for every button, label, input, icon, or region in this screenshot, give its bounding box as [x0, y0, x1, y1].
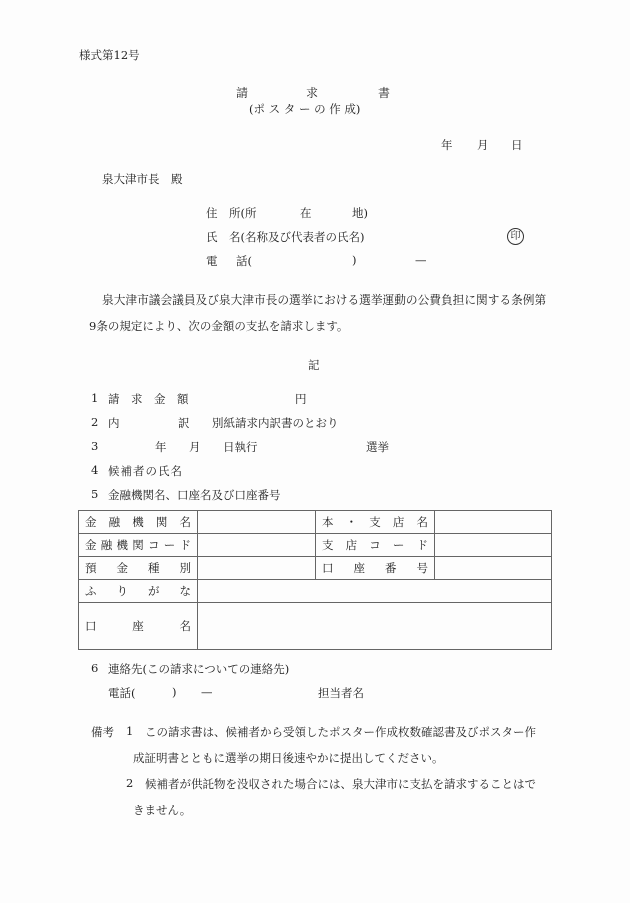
contact-phone-label: 電話( [108, 685, 136, 701]
item-6-label: 連絡先(この請求についての連絡先) [108, 661, 289, 677]
bank-name-label: 金融機関名 [79, 511, 198, 534]
note-1-num: 1 [126, 724, 133, 738]
branch-name-label: 本・支店名 [316, 511, 435, 534]
item-3-year: 年 [155, 439, 167, 455]
bank-table: 金融機関名 本・支店名 金融機関コード 支店コード 預金種別 口座番号 ふりがな [78, 510, 552, 650]
notes-label: 備考 [91, 724, 114, 740]
item-1-unit: 円 [295, 391, 307, 407]
item-5-label: 金融機関名、口座名及び口座番号 [108, 487, 281, 503]
phone-dash: — [415, 253, 427, 267]
contact-phone-dash: — [201, 685, 213, 699]
form-number: 様式第12号 [79, 47, 140, 63]
date-month: 月 [477, 137, 489, 153]
item-3-day: 日執行 [223, 439, 258, 455]
body-line-2: 9条の規定により、次の金額の支払を請求します。 [89, 318, 348, 334]
item-3-month: 月 [189, 439, 201, 455]
addressee: 泉大津市長 殿 [102, 171, 183, 187]
title-char-2: 求 [306, 84, 318, 101]
title-char-3: 書 [378, 84, 390, 101]
item-2-value: 別紙請求内訳書のとおり [212, 415, 339, 431]
note-2-num: 2 [126, 776, 133, 790]
account-number-field[interactable] [435, 557, 552, 580]
seal-mark: 印 [507, 228, 524, 245]
item-2-label-b: 訳 [178, 415, 190, 431]
table-row: 金融機関名 本・支店名 [79, 511, 552, 534]
body-line-1: 泉大津市議会議員及び泉大津市長の選挙における選挙運動の公費負担に関する条例第 [102, 292, 546, 308]
item-4-label: 候補者の氏名 [108, 463, 183, 479]
bank-name-field[interactable] [198, 511, 316, 534]
table-row: 金融機関コード 支店コード [79, 534, 552, 557]
note-2-line-1: 候補者が供託物を没収された場合には、泉大津市に支払を請求することはで [145, 776, 536, 792]
note-1-line-1: この請求書は、候補者から受領したポスター作成枚数確認書及びポスター作 [145, 724, 536, 740]
table-row: ふりがな [79, 580, 552, 603]
item-6-num: 6 [91, 661, 98, 675]
table-row: 預金種別 口座番号 [79, 557, 552, 580]
ki-heading: 記 [308, 357, 320, 373]
phone-label-2: 話( [236, 253, 252, 269]
branch-name-field[interactable] [435, 511, 552, 534]
note-1-line-2: 成証明書とともに選挙の期日後速やかに提出してください。 [133, 750, 444, 766]
phone-close: ) [352, 253, 357, 267]
item-3-num: 3 [91, 439, 98, 453]
item-4-num: 4 [91, 463, 98, 477]
contact-person-label: 担当者名 [318, 685, 364, 701]
furigana-field[interactable] [198, 580, 552, 603]
item-3-election: 選挙 [366, 439, 389, 455]
furigana-label: ふりがな [79, 580, 198, 603]
date-day: 日 [511, 137, 523, 153]
account-name-field[interactable] [198, 603, 552, 650]
account-name-label: 口座名 [79, 603, 198, 650]
branch-code-field[interactable] [435, 534, 552, 557]
date-year: 年 [441, 137, 453, 153]
bank-code-label: 金融機関コード [79, 534, 198, 557]
account-number-label: 口座番号 [316, 557, 435, 580]
table-row: 口座名 [79, 603, 552, 650]
address-field[interactable] [380, 203, 550, 219]
phone-label: 電 [206, 253, 218, 269]
name-field[interactable] [380, 227, 500, 243]
deposit-type-field[interactable] [198, 557, 316, 580]
contact-phone-close: ) [172, 685, 177, 699]
address-label-mid: 在 [300, 205, 312, 221]
item-2-num: 2 [91, 415, 98, 429]
item-5-num: 5 [91, 487, 98, 501]
item-2-label-a: 内 [108, 415, 120, 431]
bank-code-field[interactable] [198, 534, 316, 557]
name-label: 氏 名(名称及び代表者の氏名) [206, 229, 364, 245]
deposit-type-label: 預金種別 [79, 557, 198, 580]
note-2-line-2: きません。 [133, 802, 191, 818]
title-char-1: 請 [236, 84, 248, 101]
item-1-num: 1 [91, 391, 98, 405]
item-1-label: 請 求 金 額 [108, 391, 189, 407]
branch-code-label: 支店コード [316, 534, 435, 557]
subtitle: (ポ ス タ ー の 作 成) [249, 101, 360, 117]
address-label: 住 所(所 [206, 205, 257, 221]
address-label-end: 地) [352, 205, 368, 221]
